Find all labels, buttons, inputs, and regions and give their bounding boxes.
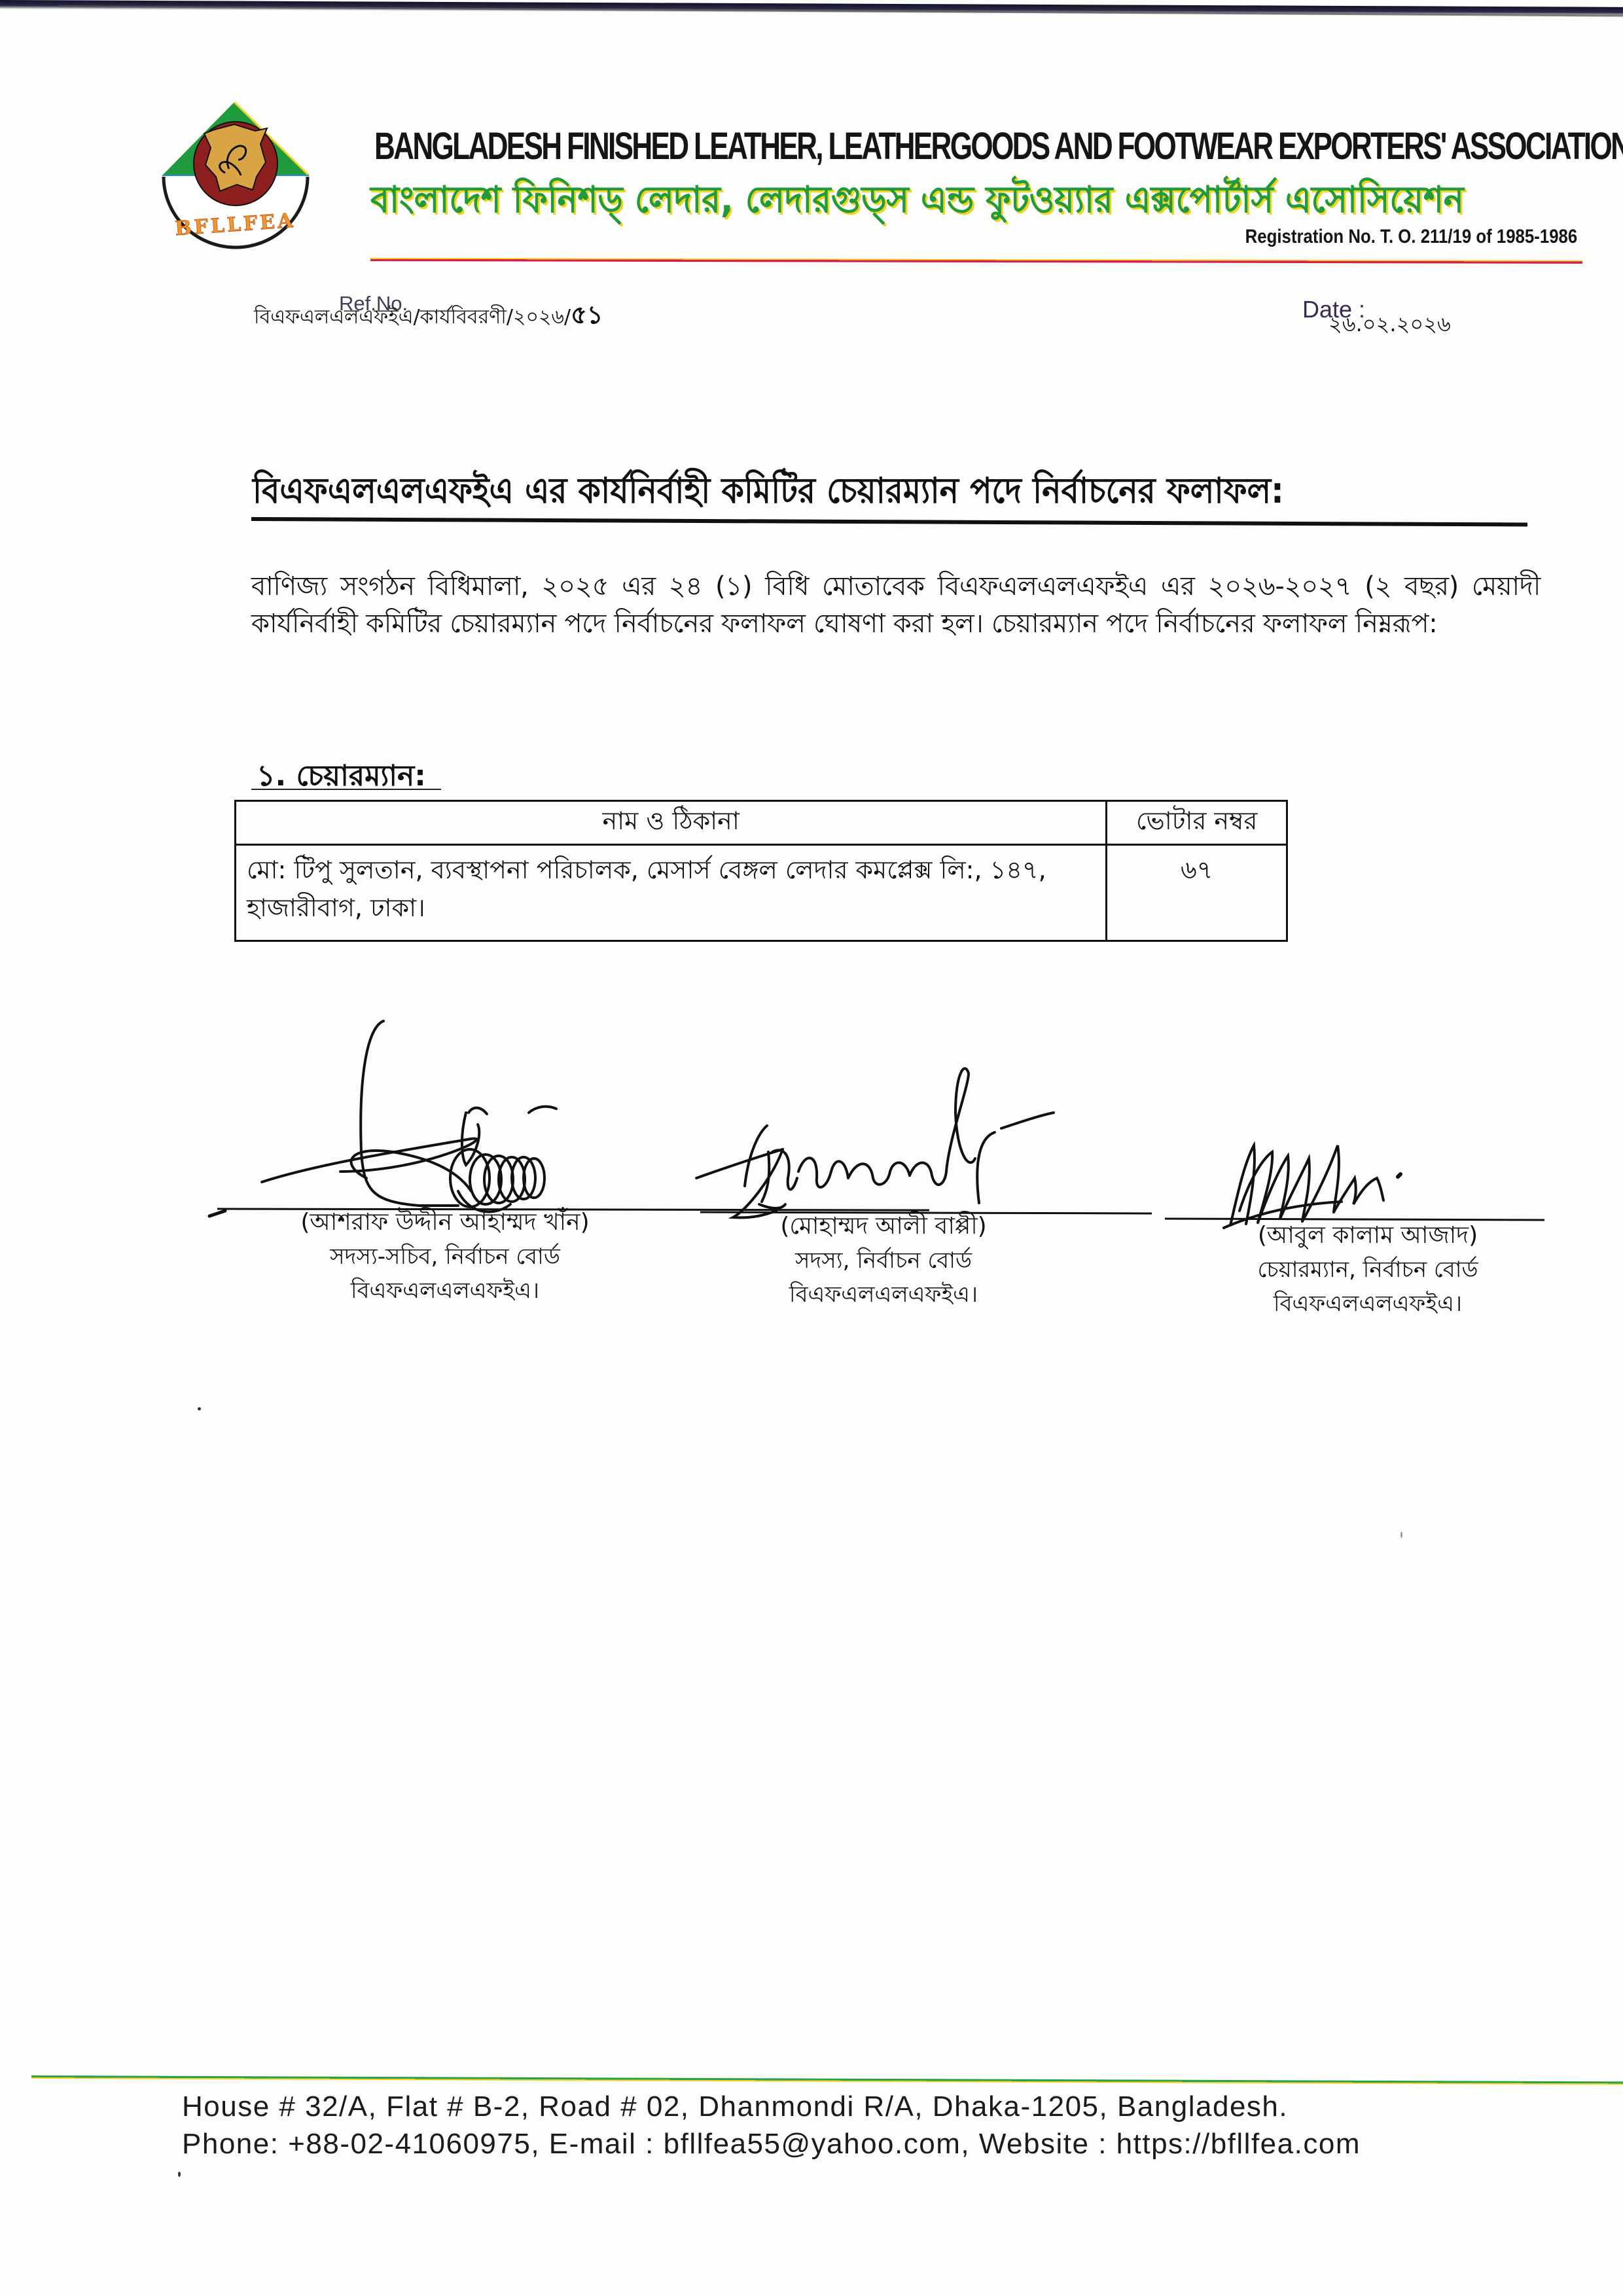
reference-label: Ref.No. <box>339 292 408 315</box>
signature-1 <box>209 1021 556 1216</box>
signatory-member: (মোহাম্মদ আলী বাপ্পী) সদস্য, নির্বাচন বো… <box>700 1210 1067 1312</box>
header-divider <box>370 258 1582 264</box>
signatory-chairman: (আবুল কালাম আজাদ) চেয়ারম্যান, নির্বাচন … <box>1185 1219 1551 1321</box>
document-title: বিএফএলএলএফইএ এর কার্যনির্বাহী কমিটির চেয… <box>253 463 1420 522</box>
footer-contact: House # 32/A, Flat # B-2, Road # 02, Dha… <box>182 2088 1556 2162</box>
registration-number: Registration No. T. O. 211/19 of 1985-19… <box>1245 226 1577 248</box>
signatory-name: (আবুল কালাম আজাদ) <box>1185 1219 1551 1253</box>
signatory-designation: সদস্য, নির্বাচন বোর্ড <box>700 1244 1067 1278</box>
announcement-paragraph: বাণিজ্য সংগঠন বিধিমালা, ২০২৫ এর ২৪ (১) ব… <box>251 568 1541 643</box>
scan-speck <box>178 2172 181 2177</box>
org-name-english: BANGLADESH FINISHED LEATHER, LEATHERGOOD… <box>374 124 1289 168</box>
date-value: ২৬.০২.২০২৬ <box>1329 308 1451 343</box>
signatory-name: (মোহাম্মদ আলী বাপ্পী) <box>700 1210 1067 1244</box>
signatory-member-secretary: (আশরাফ উদ্দীন আহাম্মদ খাঁন) সদস্য-সচিব, … <box>262 1206 628 1308</box>
section-underline <box>251 789 441 790</box>
reference-prefix: বিএফএলএলএফইএ/কার্যবিবরণী/২০২৬/ <box>254 306 571 329</box>
table-row: মো: টিপু সুলতান, ব্যবস্থাপনা পরিচালক, মে… <box>236 845 1287 941</box>
footer-address: House # 32/A, Flat # B-2, Road # 02, Dha… <box>182 2088 1556 2125</box>
table-header-row: নাম ও ঠিকানা ভোটার নম্বর <box>236 801 1287 845</box>
reference-number: বিএফএলএলএফইএ/কার্যবিবরণী/২০২৬/৫১ <box>254 296 603 338</box>
org-name-bangla: বাংলাদেশ ফিনিশড্ লেদার, লেদারগুড্স এন্ড … <box>370 171 1514 233</box>
candidate-name-address: মো: টিপু সুলতান, ব্যবস্থাপনা পরিচালক, মে… <box>236 845 1107 941</box>
signatory-name: (আশরাফ উদ্দীন আহাম্মদ খাঁন) <box>262 1206 628 1240</box>
scan-speck <box>1400 1532 1402 1538</box>
footer-divider <box>31 2075 1623 2085</box>
column-header-name-address: নাম ও ঠিকানা <box>236 801 1107 845</box>
signatory-designation: সদস্য-সচিব, নির্বাচন বোর্ড <box>262 1240 628 1274</box>
scan-speck <box>198 1407 201 1410</box>
signature-2 <box>696 1069 1054 1218</box>
signatory-organization: বিএফএলএলএফইএ। <box>1185 1287 1551 1321</box>
candidate-voter-number: ৬৭ <box>1107 845 1287 941</box>
election-result-table: নাম ও ঠিকানা ভোটার নম্বর মো: টিপু সুলতান… <box>234 800 1288 942</box>
signatory-designation: চেয়ারম্যান, নির্বাচন বোর্ড <box>1185 1253 1551 1287</box>
bfllfea-logo: BFLLFEA <box>157 97 314 251</box>
signature-3 <box>1224 1145 1400 1228</box>
footer-phone-email-website: Phone: +88-02-41060975, E-mail : bfllfea… <box>182 2125 1556 2162</box>
section-heading-chairman: ১. চেয়ারম্যান: <box>257 754 426 802</box>
signatory-organization: বিএফএলএলএফইএ। <box>700 1278 1067 1312</box>
signatory-organization: বিএফএলএলএফইএ। <box>262 1274 628 1308</box>
reference-serial: ৫১ <box>571 300 603 329</box>
column-header-voter-number: ভোটার নম্বর <box>1107 801 1287 845</box>
